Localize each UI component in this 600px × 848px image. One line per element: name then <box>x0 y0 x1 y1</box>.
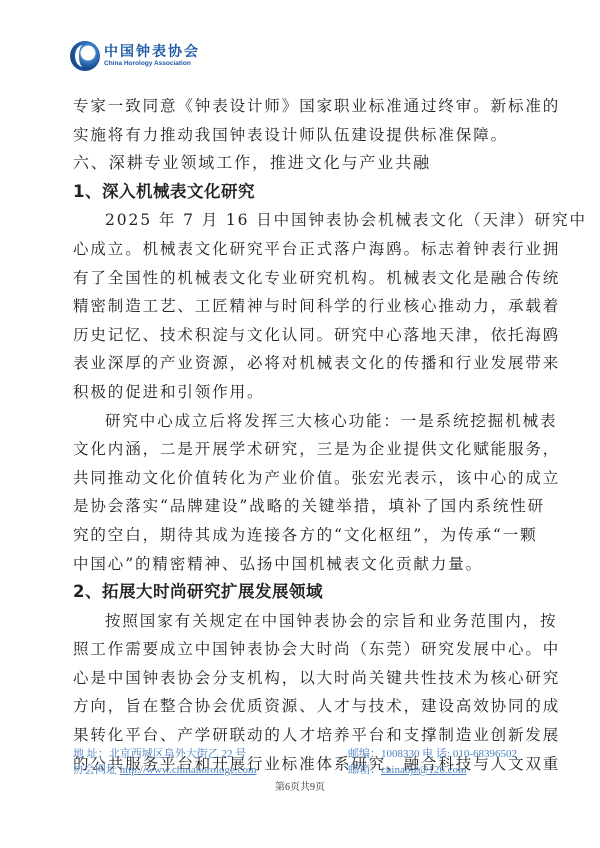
website-label: 协会网址 <box>73 764 120 776</box>
paragraph-line: 心是中国钟表协会分支机构，以大时尚关键共性技术为核心研究 <box>73 664 533 693</box>
logo-chinese-name: 中国钟表协会 <box>104 44 200 60</box>
footer-website: 协会网址 http://www.chinahorologe.com <box>73 762 257 778</box>
address-label: 地 址： <box>73 748 109 760</box>
email-label: 邮箱： <box>348 764 381 776</box>
paragraph-line: 按照国家有关规定在中国钟表协会的宗旨和业务范围内，按 <box>73 607 533 636</box>
paragraph-line: 照工作需要成立中国钟表协会大时尚（东莞）研究发展中心。中 <box>73 635 533 664</box>
paragraph-line: 共同推动文化价值转化为产业价值。张宏光表示，该中心的成立 <box>73 464 533 493</box>
paragraph-line: 中国心”的精密精神、弘扬中国机械表文化贡献力量。 <box>73 550 533 579</box>
footer-postcode-phone: 邮编：1008330 电 话: 010-68396502 <box>348 746 533 762</box>
logo-emblem-icon <box>70 41 100 71</box>
paragraph-line: 究的空白，期待其成为连接各方的“文化枢纽”，为传承“一颗 <box>73 521 533 550</box>
paragraph-line: 积极的促进和引领作用。 <box>73 378 533 407</box>
page-indicator: 第6页共9页 <box>0 778 600 793</box>
paragraph-line: 有了全国性的机械表文化专业研究机构。机械表文化是融合传统 <box>73 264 533 293</box>
phone-label: 电 话: <box>422 748 453 760</box>
paragraph-line: 文化内涵，二是开展学术研究，三是为企业提供文化赋能服务， <box>73 435 533 464</box>
paragraph-line: 专家一致同意《钟表设计师》国家职业标准通过终审。新标准的 <box>73 92 533 121</box>
paragraph-line: 方向，旨在整合协会优质资源、人才与技术，建设高效协同的成 <box>73 692 533 721</box>
paragraph-line: 研究中心成立后将发挥三大核心功能：一是系统挖掘机械表 <box>73 407 533 436</box>
paragraph-line: 2025 年 7 月 16 日中国钟表协会机械表文化（天津）研究中 <box>73 206 533 235</box>
document-body: 专家一致同意《钟表设计师》国家职业标准通过终审。新标准的 实施将有力推动我国钟表… <box>73 92 533 778</box>
website-link[interactable]: http://www.chinahorologe.com <box>120 764 257 776</box>
footer-address: 地 址：北京西城区阜外大街乙 22 号 <box>73 746 246 762</box>
subsection-heading: 2、拓展大时尚研究扩展发展领域 <box>73 578 533 607</box>
paragraph-line: 实施将有力推动我国钟表设计师队伍建设提供标准保障。 <box>73 121 533 150</box>
paragraph-line: 精密制造工艺、工匠精神与时间科学的行业核心推动力，承载着 <box>73 292 533 321</box>
association-logo: 中国钟表协会 China Horology Association <box>70 40 200 72</box>
footer-email: 邮箱：chinabjz@126.com <box>348 762 533 778</box>
paragraph-line: 表业深厚的产业资源，必将对机械表文化的传播和行业发展带来 <box>73 349 533 378</box>
postcode-label: 邮编： <box>348 748 381 760</box>
address-value: 北京西城区阜外大街乙 22 号 <box>109 748 247 760</box>
page-footer: 地 址：北京西城区阜外大街乙 22 号 邮编：1008330 电 话: 010-… <box>73 746 533 778</box>
paragraph-line: 是协会落实“品牌建设”战略的关键举措，填补了国内系统性研 <box>73 492 533 521</box>
logo-english-name: China Horology Association <box>104 60 200 68</box>
email-link[interactable]: chinabjz@126.com <box>381 764 467 776</box>
section-heading: 六、深耕专业领域工作，推进文化与产业共融 <box>73 149 533 178</box>
subsection-heading: 1、深入机械表文化研究 <box>73 178 533 207</box>
postcode-value: 1008330 <box>381 748 420 760</box>
paragraph-line: 历史记忆、技术积淀与文化认同。研究中心落地天津，依托海鸥 <box>73 321 533 350</box>
phone-value: 010-68396502 <box>453 748 517 760</box>
paragraph-line: 心成立。机械表文化研究平台正式落户海鸥。标志着钟表行业拥 <box>73 235 533 264</box>
